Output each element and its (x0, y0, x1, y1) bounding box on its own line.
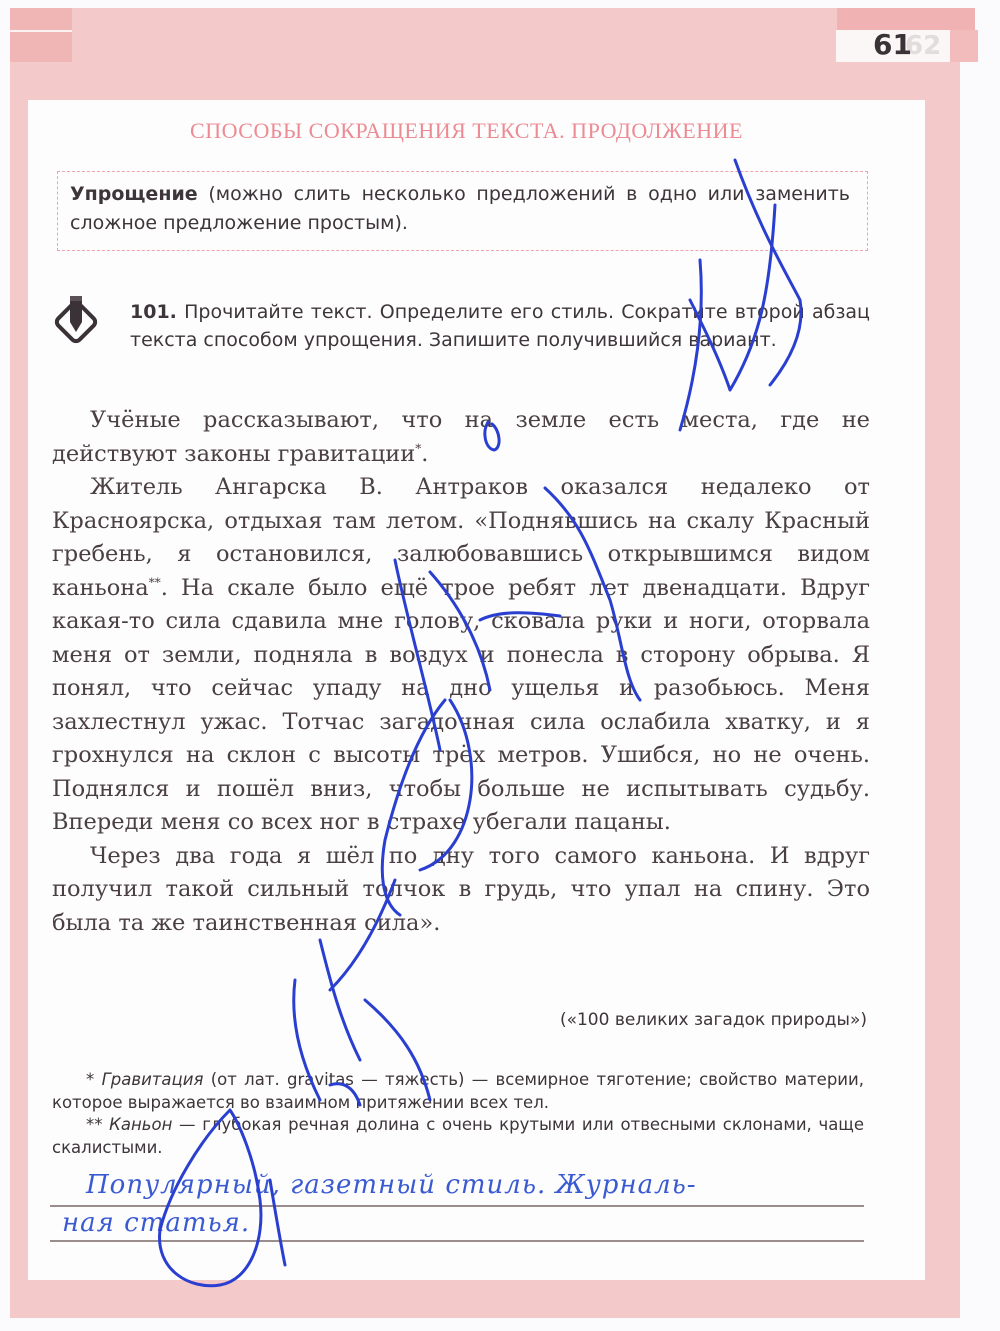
corner-tab-divider (10, 30, 72, 32)
section-title: СПОСОБЫ СОКРАЩЕНИЯ ТЕКСТА. ПРОДОЛЖЕНИЕ (0, 118, 933, 144)
handwritten-answer-line-1: Популярный, газетный стиль. Журналь- (86, 1170, 697, 1200)
handwritten-answer-line-2: ная статья. (62, 1208, 250, 1238)
footnotes: * Гравитация (от лат. gravitas — тяжесть… (52, 1069, 864, 1159)
answer-line-1[interactable] (50, 1205, 864, 1207)
page-number: 61 (873, 28, 912, 61)
footnote-term: Каньон (109, 1115, 172, 1134)
task-text: Прочитайте текст. Определите его стиль. … (130, 301, 870, 351)
task-number: 101. (130, 301, 177, 323)
rule-term: Упрощение (70, 183, 198, 205)
source-citation: («100 великих загадок природы») (560, 1010, 867, 1030)
corner-tab (10, 8, 72, 62)
story-text: Учёные рассказывают, что на земле есть м… (52, 404, 870, 940)
rule-text: Упрощение (можно слить несколько предлож… (70, 180, 850, 238)
footnote-1: * Гравитация (от лат. gravitas — тяжесть… (52, 1069, 864, 1114)
story-paragraph-3: Через два года я шёл по дну того самого … (52, 840, 870, 941)
story-paragraph-1: Учёные рассказывают, что на земле есть м… (52, 404, 870, 471)
answer-line-2[interactable] (50, 1240, 864, 1242)
page-number-edge (950, 30, 978, 62)
footnote-2: ** Каньон — глубокая речная долина с оче… (52, 1114, 864, 1159)
pencil-diamond-icon (47, 290, 107, 350)
page-tab (837, 8, 975, 30)
task-instructions: 101. Прочитайте текст. Определите его ст… (130, 298, 870, 354)
footnote-ref-2: ** (149, 575, 161, 589)
story-paragraph-2: Житель Ангарска В. Антраков оказался нед… (52, 471, 870, 840)
footnote-term: Гравитация (102, 1070, 204, 1089)
